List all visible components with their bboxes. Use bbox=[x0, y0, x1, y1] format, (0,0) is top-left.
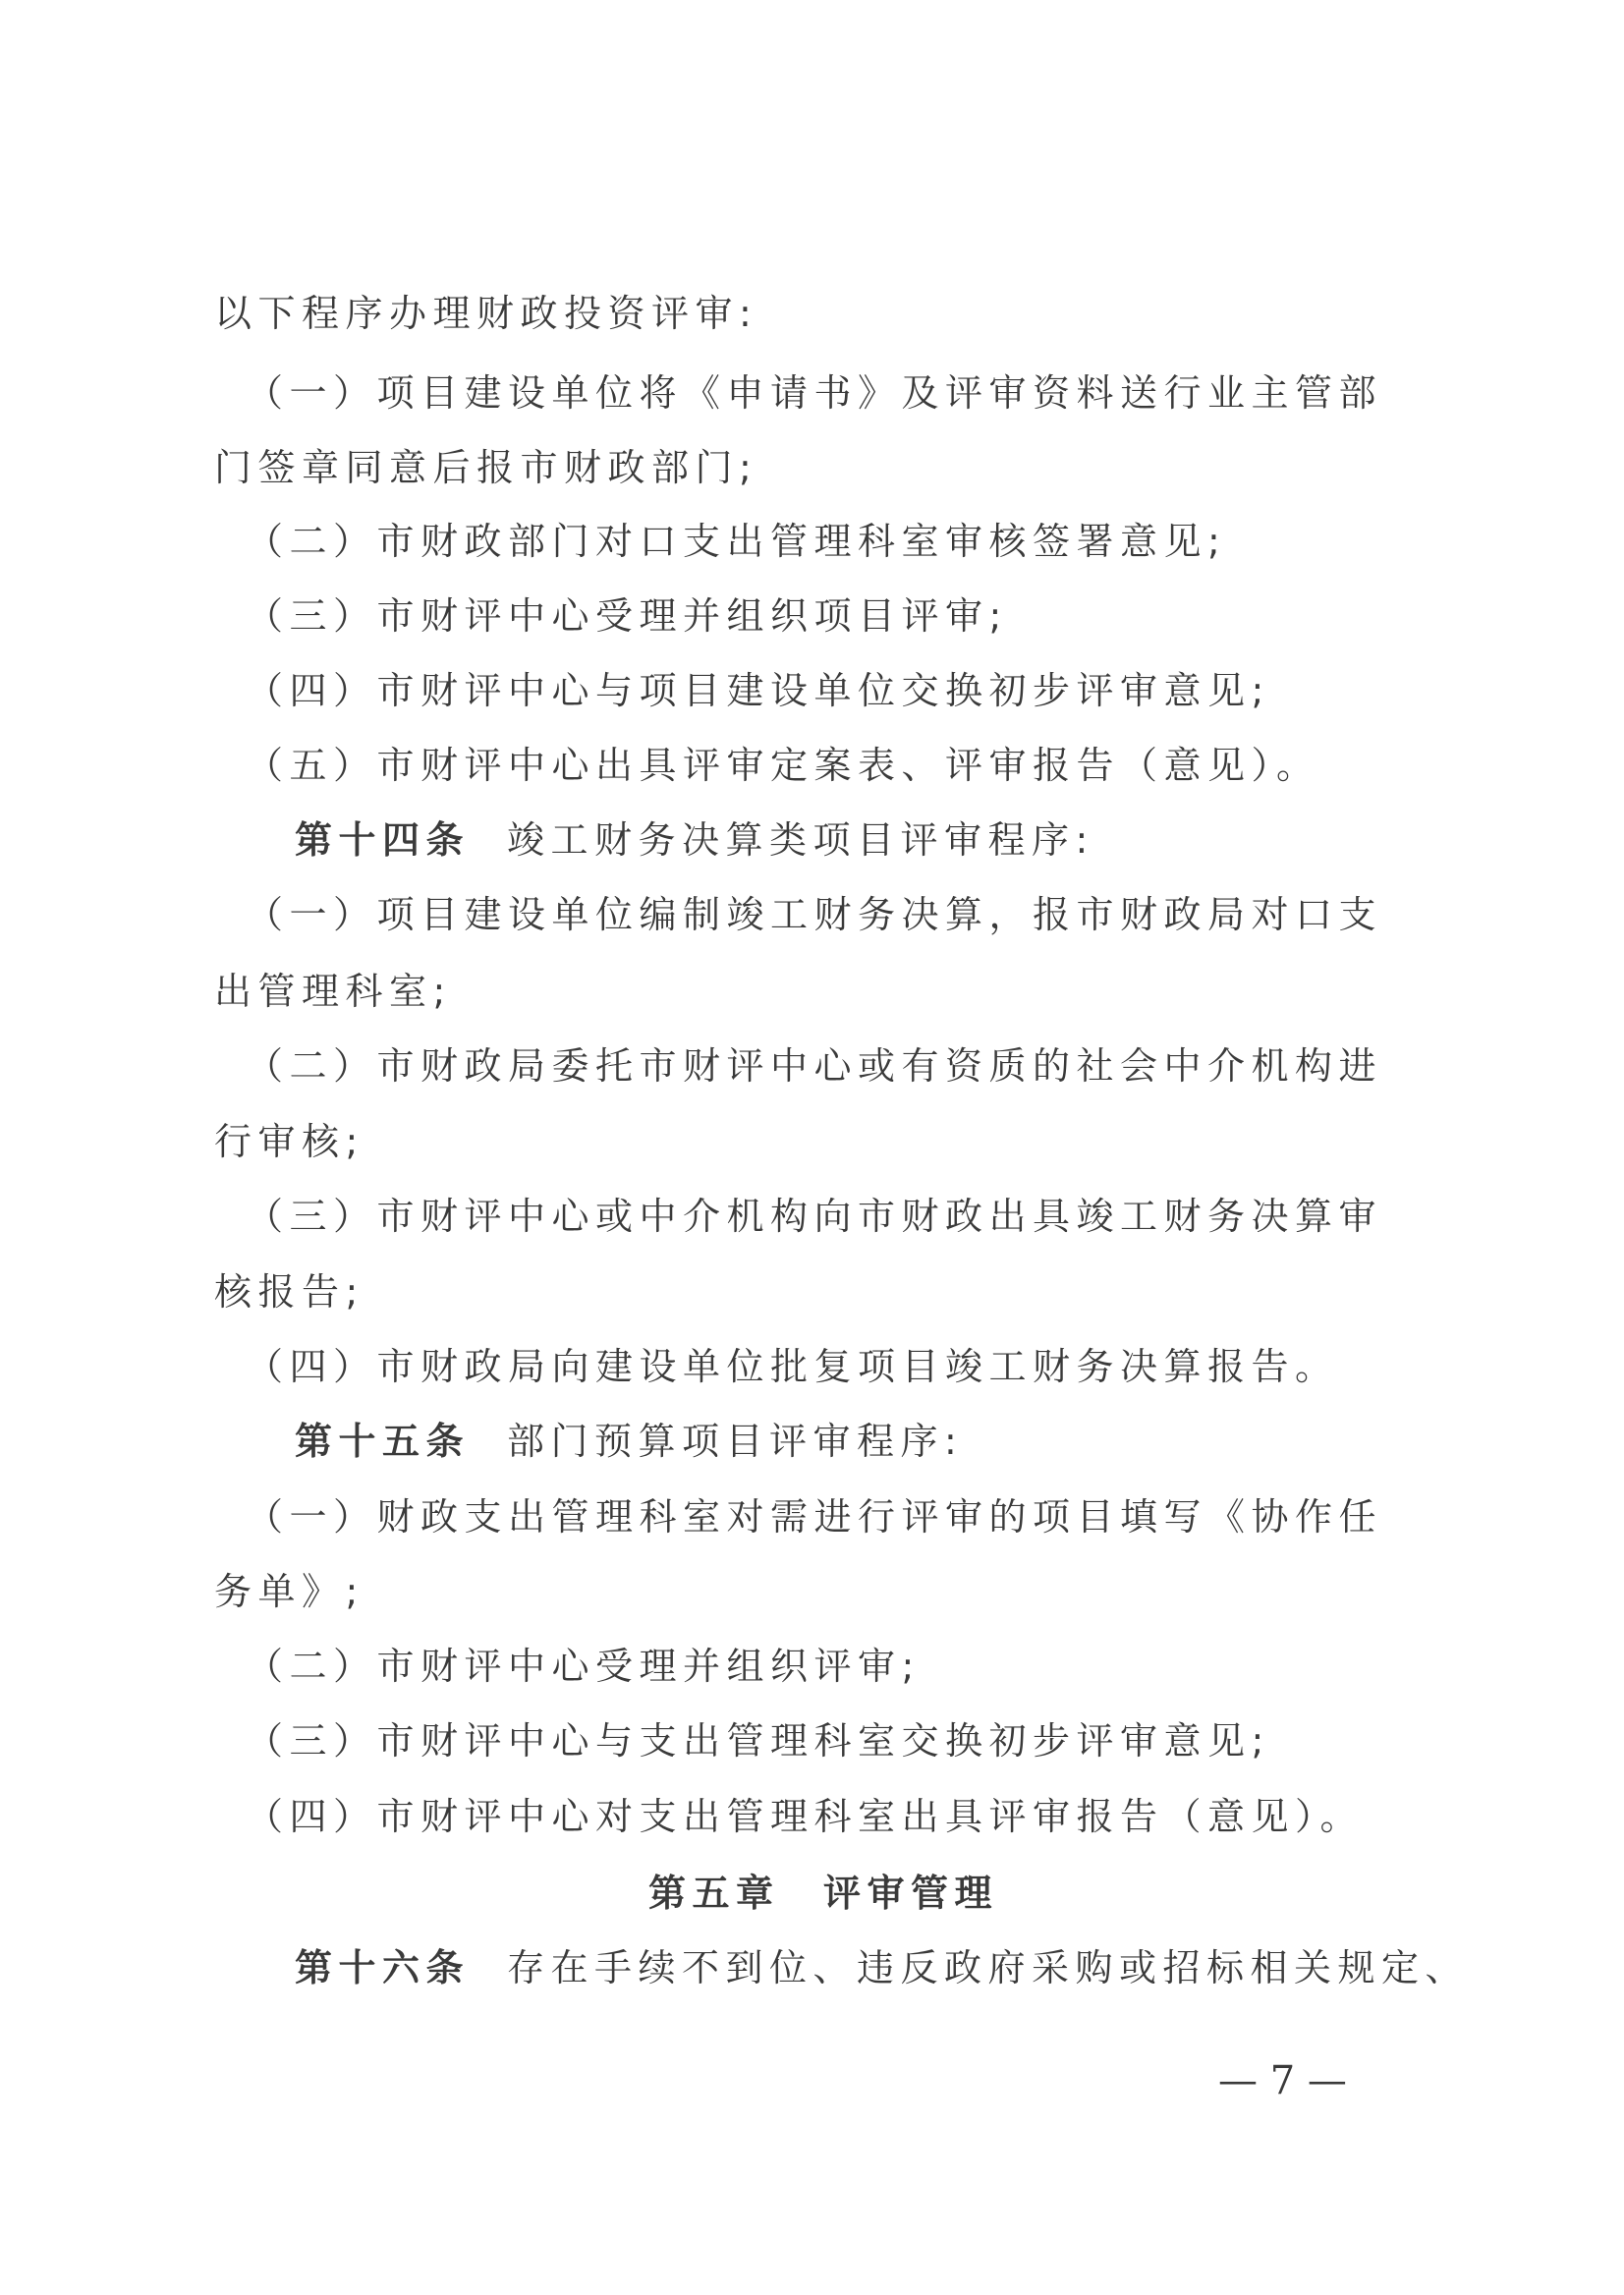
text-line: 门签章同意后报市财政部门; bbox=[214, 449, 757, 486]
text-line: （二）市财政局委托市财评中心或有资质的社会中介机构进 bbox=[246, 1047, 1382, 1085]
text-line: （四）市财评中心与项目建设单位交换初步评审意见; bbox=[246, 672, 1270, 709]
article-label: 第十五条 bbox=[295, 1420, 470, 1463]
text-line: 核报告; bbox=[214, 1273, 364, 1311]
text-line: 行审核; bbox=[214, 1123, 364, 1160]
text-line: 以下程序办理财政投资评审: bbox=[214, 295, 757, 332]
text-line: （四）市财政局向建设单位批复项目竣工财务决算报告。 bbox=[246, 1348, 1339, 1385]
text-line: 出管理科室; bbox=[214, 973, 452, 1010]
article-14: 第十四条竣工财务决算类项目评审程序: bbox=[295, 821, 1094, 859]
article-text: 部门预算项目评审程序: bbox=[507, 1420, 963, 1463]
text-line: （一）项目建设单位编制竣工财务决算，报市财政局对口支 bbox=[246, 896, 1382, 933]
article-16: 第十六条存在手续不到位、违反政府采购或招标相关规定、 bbox=[295, 1949, 1469, 1987]
text-line: （三）市财评中心受理并组织项目评审; bbox=[246, 597, 1008, 635]
text-line: （二）市财评中心受理并组织评审; bbox=[246, 1648, 921, 1685]
article-15: 第十五条部门预算项目评审程序: bbox=[295, 1423, 963, 1460]
text-line: （二）市财政部门对口支出管理科室审核签署意见; bbox=[246, 523, 1226, 560]
text-line: 务单》; bbox=[214, 1573, 364, 1610]
text-line: （三）市财评中心与支出管理科室交换初步评审意见; bbox=[246, 1722, 1270, 1760]
text-line: （一）项目建设单位将《申请书》及评审资料送行业主管部 bbox=[246, 374, 1382, 412]
article-label: 第十四条 bbox=[295, 818, 470, 862]
article-text: 竣工财务决算类项目评审程序: bbox=[507, 818, 1094, 862]
text-line: （三）市财评中心或中介机构向市财政出具竣工财务决算审 bbox=[246, 1198, 1382, 1235]
chapter-heading: 第五章 评审管理 bbox=[648, 1875, 998, 1912]
article-label: 第十六条 bbox=[295, 1946, 470, 1989]
page-number: — 7 — bbox=[1218, 2058, 1347, 2103]
article-text: 存在手续不到位、违反政府采购或招标相关规定、 bbox=[507, 1946, 1469, 1989]
text-line: （四）市财评中心对支出管理科室出具评审报告（意见）。 bbox=[246, 1798, 1364, 1835]
text-line: （一）财政支出管理科室对需进行评审的项目填写《协作任 bbox=[246, 1498, 1382, 1536]
text-line: （五）市财评中心出具评审定案表、评审报告（意见）。 bbox=[246, 747, 1320, 784]
